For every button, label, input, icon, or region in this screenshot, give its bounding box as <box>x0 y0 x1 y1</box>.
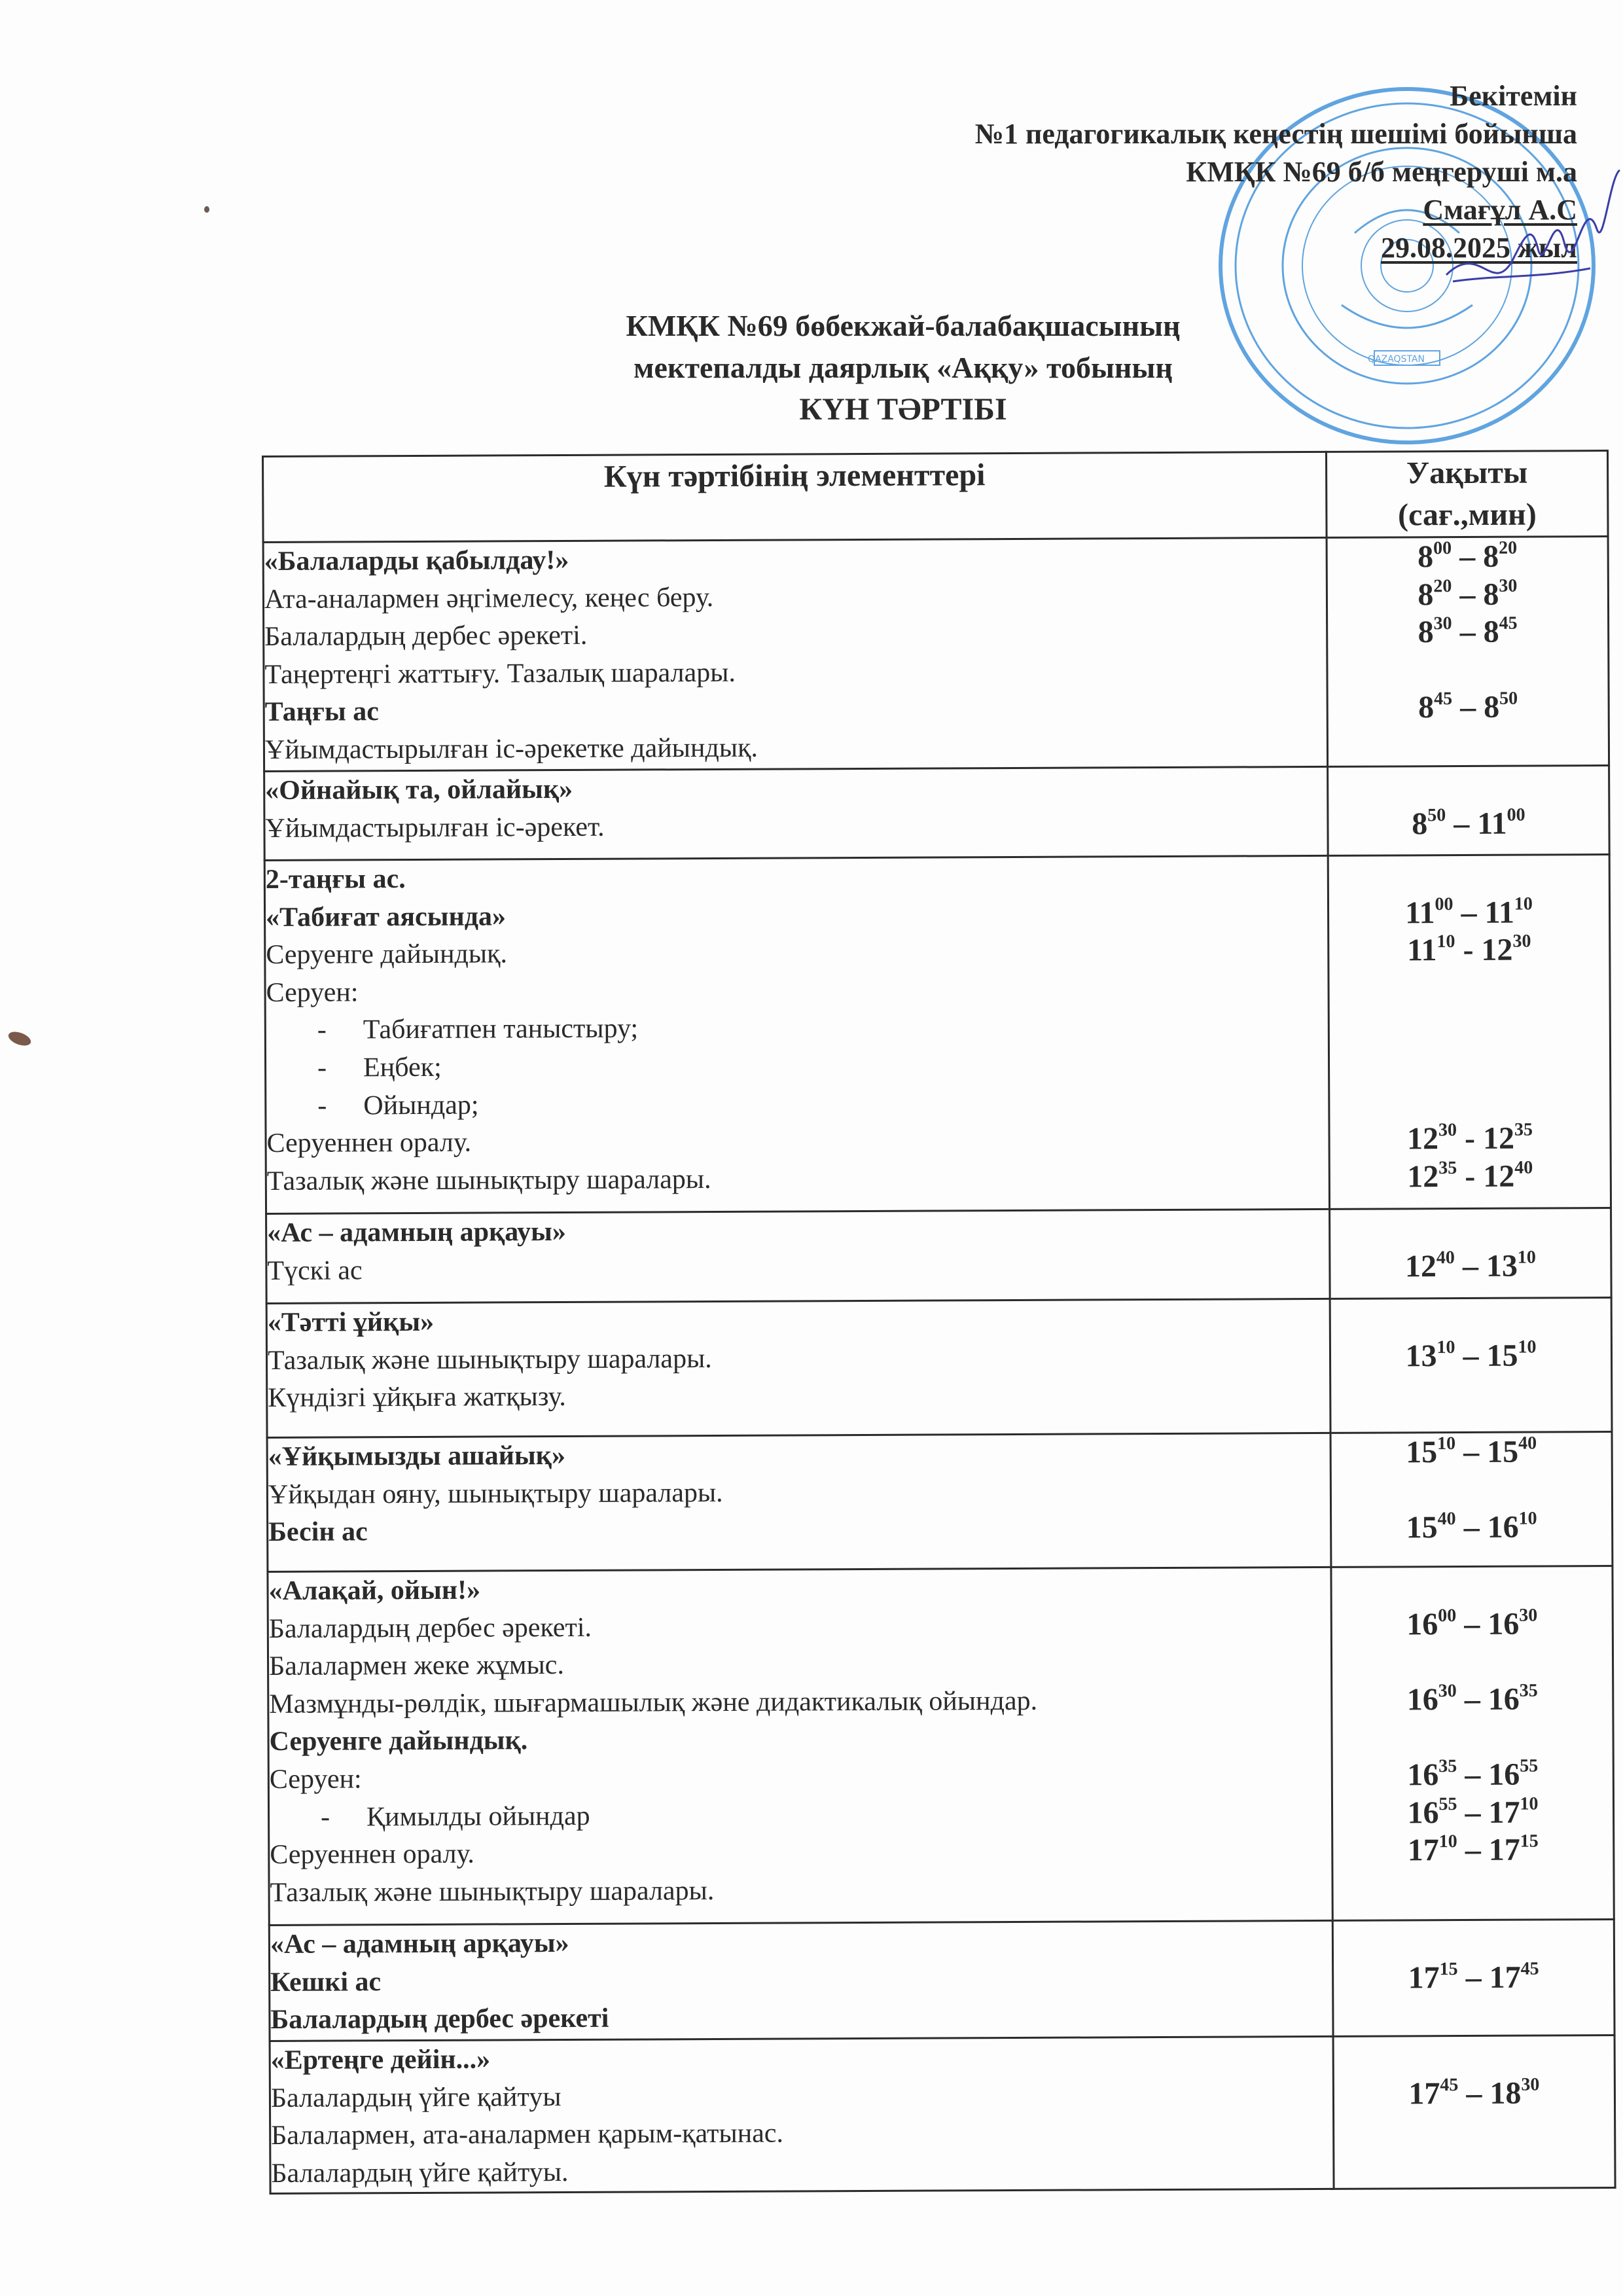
schedule-item: Балалардың үйге қайтуы <box>271 2075 1332 2117</box>
schedule-elements-cell: «Ас – адамның арқауы»Түскі ас <box>266 1209 1330 1303</box>
schedule-item: Кешкі ас <box>270 1959 1332 2001</box>
schedule-elements-cell: «Ертеңге дейін...»Балалардың үйге қайтуы… <box>270 2036 1334 2193</box>
signature <box>1440 164 1623 308</box>
schedule-item: «Ертеңге дейін...» <box>271 2037 1332 2080</box>
schedule-item: Мазмұнды-рөлдік, шығармашылық және дидак… <box>269 1681 1330 1724</box>
schedule-item: Таңғы ас <box>265 689 1327 732</box>
scan-speck <box>204 206 209 213</box>
time-range <box>1331 1299 1611 1337</box>
schedule-item: Күндізгі ұйқыға жатқызу. <box>268 1375 1329 1418</box>
approval-council: №1 педагогикалық кеңестің шешімі бойынша <box>975 115 1577 153</box>
time-range <box>1332 1567 1611 1605</box>
schedule-item: Серуенге дайындық. <box>266 932 1327 975</box>
schedule-item: Ұйқыдан ояну, шынықтыру шаралары. <box>268 1471 1330 1514</box>
schedule-item: Балалармен жеке жұмыс. <box>269 1643 1330 1686</box>
title-line-1: КМҚК №69 бөбекжай-балабақшасының <box>510 305 1296 347</box>
bullet-item: Қимылды ойындар <box>270 1794 1331 1837</box>
time-range: 1100 – 1110 <box>1329 893 1609 932</box>
schedule-item: Түскі ас <box>267 1247 1329 1290</box>
schedule-time-cell: 850 – 1100 <box>1328 766 1610 856</box>
time-range: 1745 – 1830 <box>1334 2074 1614 2113</box>
schedule-item: «Ас – адамның арқауы» <box>267 1210 1329 1253</box>
table-row: «Балаларды қабылдау!»Ата-аналармен әңгім… <box>263 537 1609 772</box>
header-time-line2: (сағ.,мин) <box>1327 493 1607 537</box>
table-row: «Тәтті ұйқы»Тазалық және шынықтыру шарал… <box>266 1298 1612 1438</box>
time-range: 1710 – 1715 <box>1333 1831 1613 1869</box>
time-range: 1630 – 1635 <box>1332 1680 1612 1719</box>
table-row: 2-таңғы ас.«Табиғат аясында»Серуенге дай… <box>264 855 1611 1214</box>
schedule-item: Таңертеңгі жаттығу. Тазалық шаралары. <box>264 652 1326 694</box>
time-range: 1600 – 1630 <box>1332 1605 1612 1643</box>
title-line-2: мектепалды даярлық «Аққу» тобының <box>510 347 1296 389</box>
header-time-line1: Уақыты <box>1327 452 1607 495</box>
time-range: 850 – 1100 <box>1329 804 1608 843</box>
bullet-item: Еңбек; <box>266 1045 1328 1088</box>
table-header-row: Күн тәртібінің элементтері Уақыты (сағ.,… <box>263 451 1609 543</box>
time-range <box>1329 969 1609 1007</box>
schedule-item: «Ойнайық та, ойлайық» <box>265 768 1327 810</box>
schedule-item: Тазалық және шынықтыру шаралары. <box>270 1870 1331 1912</box>
time-range <box>1329 766 1608 805</box>
schedule-item: Бесін ас <box>268 1509 1330 1552</box>
table-row: «Ұйқымызды ашайық»Ұйқыдан ояну, шынықтыр… <box>267 1432 1613 1572</box>
table-row: «Алақай, ойын!»Балалардың дербес әрекеті… <box>268 1566 1614 1926</box>
time-range <box>1330 1044 1609 1083</box>
schedule-elements-cell: «Ас – адамның арқауы»Кешкі асБалалардың … <box>269 1920 1333 2041</box>
schedule-item: Ата-аналармен әңгімелесу, кеңес беру. <box>264 577 1326 619</box>
time-range: 1110 - 1230 <box>1329 931 1609 969</box>
schedule-item: Тазалық және шынықтыру шаралары. <box>268 1337 1329 1380</box>
time-range: 1235 - 1240 <box>1330 1157 1610 1196</box>
schedule-time-cell: 800 – 820820 – 830830 – 845845 – 850 <box>1327 537 1609 767</box>
schedule-time-cell: 1100 – 11101110 - 12301230 - 12351235 - … <box>1328 855 1611 1210</box>
schedule-item: «Табиғат аясында» <box>266 894 1327 937</box>
schedule-elements-cell: «Балаларды қабылдау!»Ата-аналармен әңгім… <box>263 537 1328 771</box>
time-range <box>1334 1920 1613 1959</box>
schedule-item: Серуен: <box>266 970 1327 1013</box>
schedule-item: Серуеннен оралу. <box>266 1121 1328 1163</box>
schedule-item: «Алақай, ойын!» <box>268 1568 1330 1611</box>
time-range: 1655 – 1710 <box>1333 1793 1613 1832</box>
bullet-item: Табиғатпен таныстыру; <box>266 1007 1328 1050</box>
schedule-elements-cell: «Ұйқымызды ашайық»Ұйқыдан ояну, шынықтыр… <box>267 1433 1331 1571</box>
scan-speck <box>7 1029 33 1048</box>
table-row: «Ас – адамның арқауы»Кешкі асБалалардың … <box>269 1920 1614 2041</box>
schedule-item: Серуеннен оралу. <box>270 1832 1331 1874</box>
time-range: 830 – 845 <box>1328 613 1607 651</box>
time-range <box>1332 1642 1612 1681</box>
schedule-item: Серуенге дайындық. <box>269 1719 1330 1761</box>
time-range: 1635 – 1655 <box>1333 1755 1613 1794</box>
bullet-item: Ойындар; <box>266 1083 1328 1125</box>
schedule-time-cell: 1745 – 1830 <box>1333 2036 1615 2189</box>
time-range <box>1334 2036 1614 2075</box>
schedule-elements-cell: 2-таңғы ас.«Табиғат аясында»Серуенге дай… <box>264 855 1329 1213</box>
daily-schedule-table: Күн тәртібінің элементтері Уақыты (сағ.,… <box>262 450 1616 2195</box>
schedule-time-cell: 1600 – 16301630 – 16351635 – 16551655 – … <box>1331 1566 1614 1921</box>
schedule-item: Балалардың дербес әрекеті. <box>264 614 1326 656</box>
schedule-time-cell: 1715 – 1745 <box>1332 1920 1614 2037</box>
time-range: 1510 – 1540 <box>1332 1433 1611 1471</box>
time-range: 1310 – 1510 <box>1331 1336 1611 1375</box>
time-range: 845 – 850 <box>1329 688 1608 726</box>
time-range <box>1330 1209 1610 1247</box>
schedule-elements-cell: «Тәтті ұйқы»Тазалық және шынықтыру шарал… <box>266 1299 1330 1437</box>
schedule-elements-cell: «Ойнайық та, ойлайық»Ұйымдастырылған іс-… <box>264 766 1329 860</box>
table-row: «Ойнайық та, ойлайық»Ұйымдастырылған іс-… <box>264 766 1610 861</box>
time-range: 800 – 820 <box>1328 537 1607 576</box>
schedule-elements-cell: «Алақай, ойын!»Балалардың дербес әрекеті… <box>268 1567 1332 1925</box>
schedule-time-cell: 1510 – 15401540 – 1610 <box>1330 1432 1613 1568</box>
document-title: КМҚК №69 бөбекжай-балабақшасының мектепа… <box>510 305 1296 431</box>
schedule-item: «Ас – адамның арқауы» <box>270 1922 1332 1964</box>
time-range <box>1329 855 1609 894</box>
time-range <box>1332 1471 1611 1509</box>
time-range <box>1330 1082 1609 1121</box>
time-range: 1240 – 1310 <box>1330 1247 1610 1285</box>
header-time: Уақыты (сағ.,мин) <box>1326 451 1608 538</box>
header-elements: Күн тәртібінің элементтері <box>263 452 1327 542</box>
schedule-item: Тазалық және шынықтыру шаралары. <box>267 1158 1329 1201</box>
schedule-item: 2-таңғы ас. <box>266 857 1327 899</box>
schedule-item: «Тәтті ұйқы» <box>268 1300 1329 1342</box>
time-range <box>1330 1006 1609 1045</box>
schedule-item: Балалардың үйге қайтуы. <box>271 2151 1332 2193</box>
time-range: 820 – 830 <box>1328 575 1607 614</box>
schedule-item: «Балаларды қабылдау!» <box>264 539 1326 581</box>
stamp-center-text: QAZAQSTAN <box>1368 354 1425 365</box>
table-row: «Ас – адамның арқауы»Түскі ас1240 – 1310 <box>266 1208 1612 1304</box>
schedule-time-cell: 1240 – 1310 <box>1330 1208 1612 1299</box>
time-range: 1540 – 1610 <box>1332 1508 1611 1547</box>
schedule-item: «Ұйқымызды ашайық» <box>268 1434 1330 1477</box>
schedule-item: Ұйымдастырылған іс-әрекетке дайындық. <box>265 727 1327 770</box>
schedule-item: Серуен: <box>270 1757 1331 1799</box>
schedule-item: Ұйымдастырылған іс-әрекет. <box>265 805 1327 848</box>
title-line-3: КҮН ТӘРТІБІ <box>510 389 1296 431</box>
schedule-item: Балалармен, ата-аналармен қарым-қатынас. <box>271 2113 1332 2155</box>
schedule-item: Балалардың дербес әрекеті <box>270 1997 1332 2039</box>
time-range <box>1332 1717 1612 1756</box>
schedule-time-cell: 1310 – 1510 <box>1330 1298 1612 1433</box>
approval-title: Бекітемін <box>975 77 1577 115</box>
schedule-item: Балалардың дербес әрекеті. <box>269 1605 1330 1648</box>
time-range <box>1328 651 1607 689</box>
time-range: 1715 – 1745 <box>1334 1958 1613 1997</box>
time-range: 1230 - 1235 <box>1330 1119 1609 1158</box>
table-row: «Ертеңге дейін...»Балалардың үйге қайтуы… <box>270 2036 1615 2194</box>
